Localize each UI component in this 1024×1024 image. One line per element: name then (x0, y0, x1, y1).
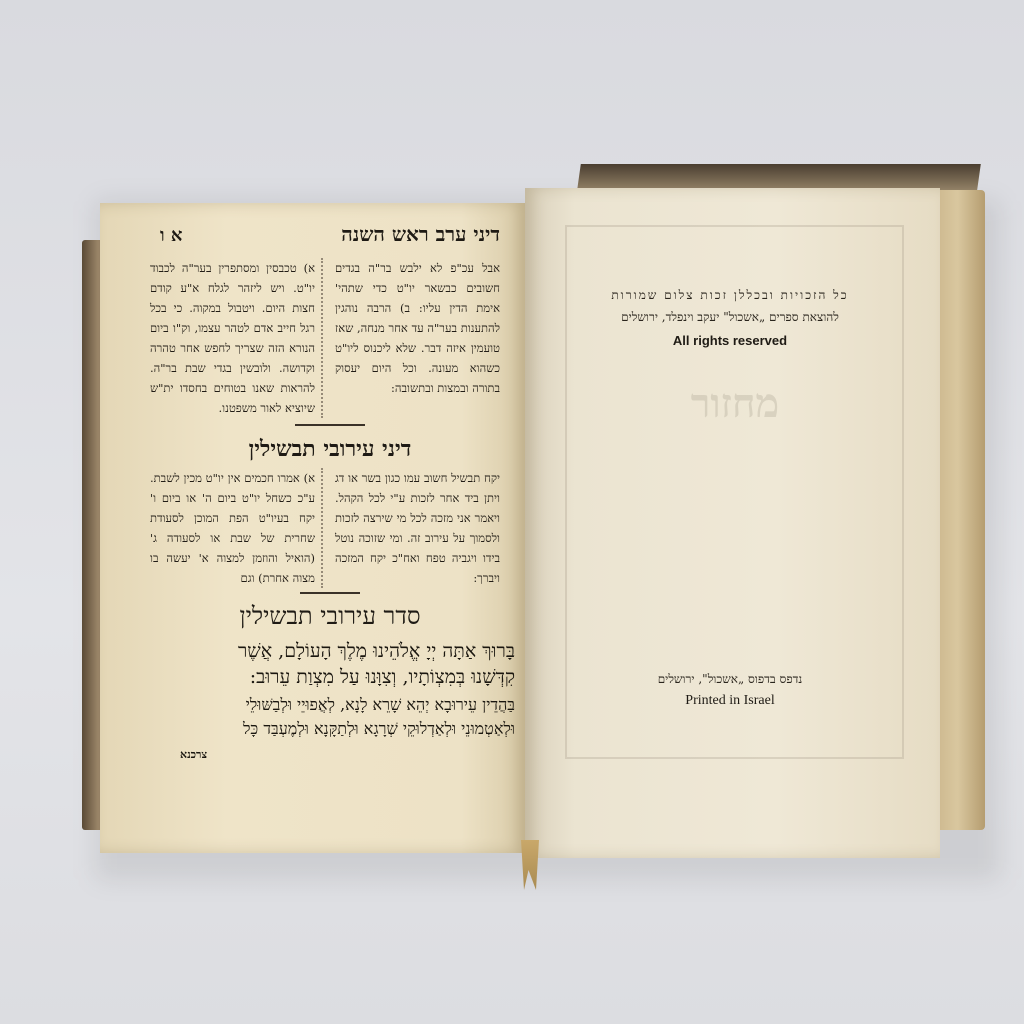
copyright-hebrew-line2: להוצאת ספרים „אשכול" יעקב וינפלד, ירושלי… (560, 310, 900, 325)
prayer-line-3: בַּהֲדֵין עֵירוּבָא יְהֵא שָׁרֵא לָנָא, … (150, 692, 515, 718)
prayer-line-1: בָּרוּךְ אַתָּה יְיָ אֱלֹהֵינוּ מֶלֶךְ ה… (150, 638, 515, 664)
section2-columns: א) אמרו חכמים אין יו"ט מכין לשבת. ע"כ כש… (150, 468, 500, 588)
section1-left-column: אבל עכ"פ לא ילבש בר"ה בגדים חשובים כבשאר… (335, 258, 500, 418)
column-divider (321, 258, 329, 418)
section2-title: דיני עירובי תבשילין (150, 436, 510, 462)
section2-right-column: א) אמרו חכמים אין יו"ט מכין לשבת. ע"כ כש… (150, 468, 315, 588)
show-through-title: מחזור (600, 380, 870, 427)
section3-title: סדר עירובי תבשילין (150, 602, 510, 631)
running-header-title: דיני ערב ראש השנה (341, 222, 500, 247)
prayer-line-4: וּלְאַטְמוּנֵי וּלְאַדְלוּקֵי שְׁרָגָא ו… (150, 716, 515, 742)
printer-hebrew: נדפס בדפוס „אשכול", ירושלים (560, 672, 900, 687)
section1-right-column: א) טכבסין ומסתפרין בער"ה לכבוד יו"ט. ויש… (150, 258, 315, 418)
section-divider (295, 424, 365, 426)
page-number: א ו (160, 225, 182, 246)
section2-left-column: יקח תבשיל חשוב עמו כגון בשר או דג ויתן ב… (335, 468, 500, 588)
printer-english: Printed in Israel (560, 693, 900, 709)
copyright-english: All rights reserved (560, 333, 900, 348)
column-divider (321, 468, 329, 588)
catchword: צרכנא (180, 748, 207, 761)
prayer-line-2: קִדְּשָׁנוּ בְּמִצְוֹתָיו, וְצִוָּנוּ עַ… (150, 664, 515, 690)
running-header: דיני ערב ראש השנה א ו (160, 222, 500, 247)
section1-columns: א) טכבסין ומסתפרין בער"ה לכבוד יו"ט. ויש… (150, 258, 500, 418)
copyright-hebrew-line1: כל הזכויות ובכללן זכות צלום שמורות (560, 288, 900, 303)
section-divider (300, 592, 360, 594)
